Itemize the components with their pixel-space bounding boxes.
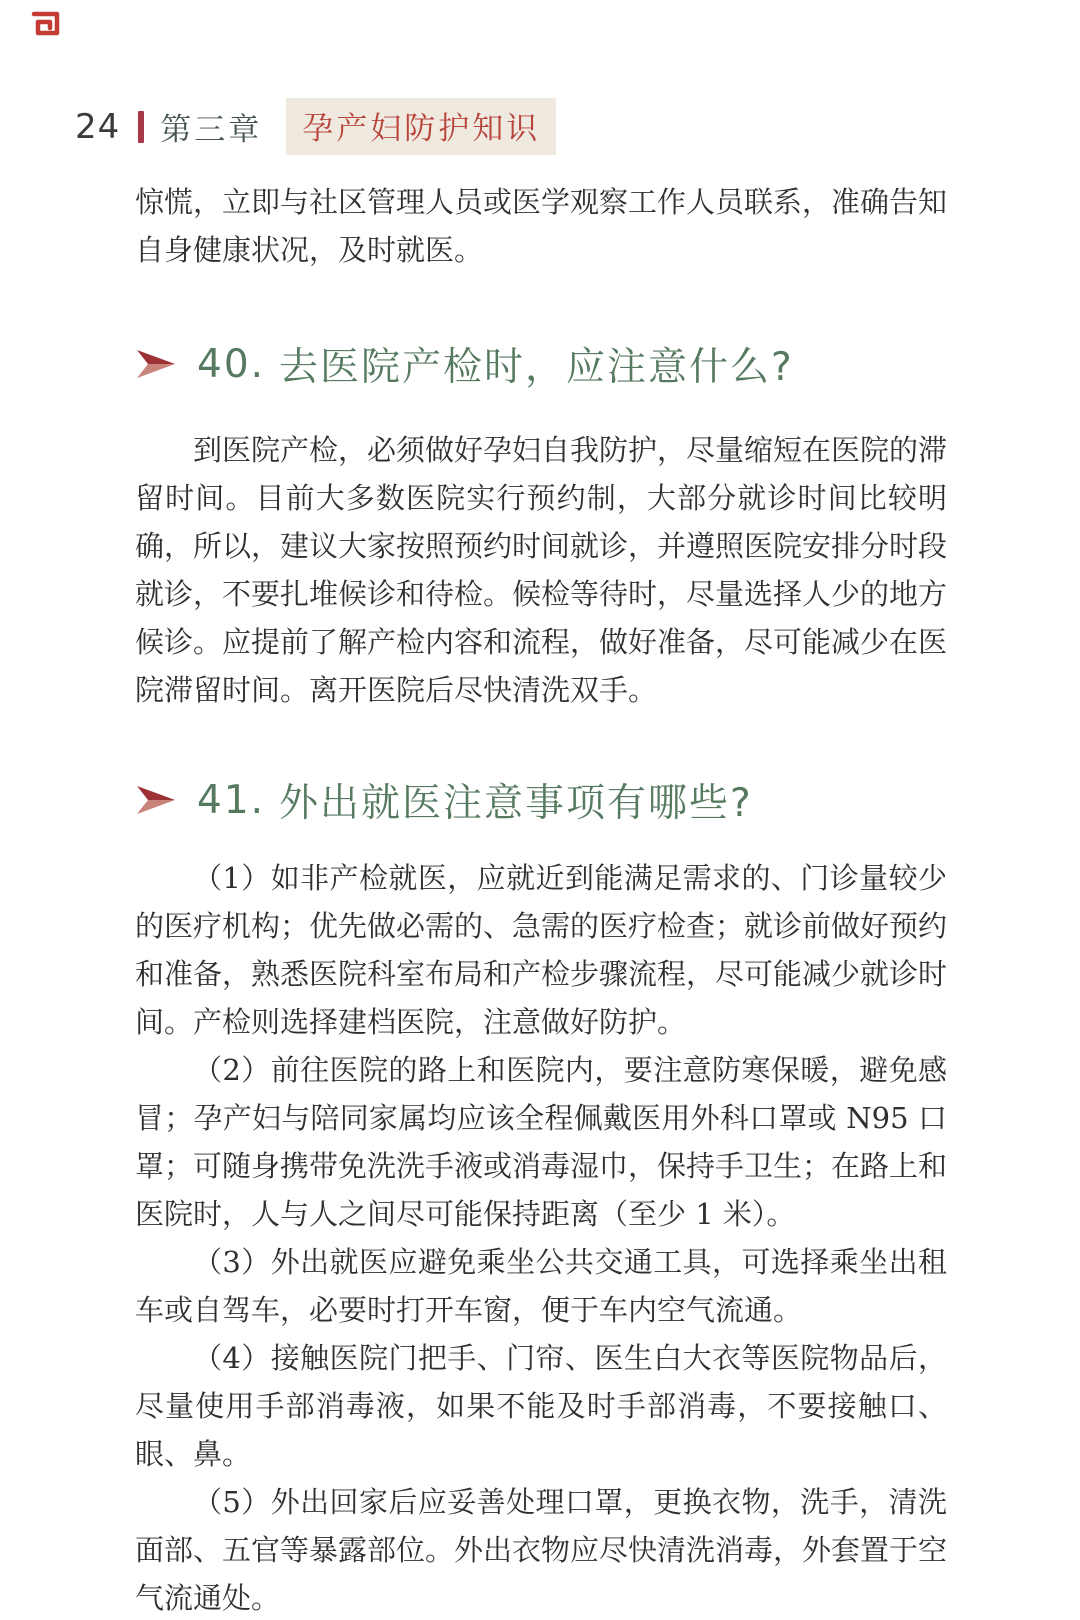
arrow-bullet-icon — [135, 348, 177, 380]
page-number: 24 — [75, 107, 120, 147]
corner-seal-icon — [28, 6, 64, 42]
section-41-item-3: （3）外出就医应避免乘坐公共交通工具，可选择乘坐出租车或自驾车，必要时打开车窗，… — [135, 1238, 947, 1334]
question-number: 41. — [197, 778, 265, 823]
question-title: 外出就医注意事项有哪些? — [279, 772, 753, 828]
book-page: 24 第三章 孕产妇防护知识 惊慌，立即与社区管理人员或医学观察工作人员联系，准… — [0, 0, 1080, 1620]
arrow-bullet-icon — [135, 784, 177, 816]
intro-paragraph: 惊慌，立即与社区管理人员或医学观察工作人员联系，准确告知自身健康状况，及时就医。 — [135, 178, 947, 274]
section-41-item-4: （4）接触医院门把手、门帘、医生白大衣等医院物品后，尽量使用手部消毒液，如果不能… — [135, 1334, 947, 1478]
section-40: 40. 去医院产检时，应注意什么? 到医院产检，必须做好孕妇自我防护，尽量缩短在… — [135, 336, 947, 714]
section-41-item-1: （1）如非产检就医，应就近到能满足需求的、门诊量较少的医疗机构；优先做必需的、急… — [135, 854, 947, 1046]
text-column: 惊慌，立即与社区管理人员或医学观察工作人员联系，准确告知自身健康状况，及时就医。… — [135, 178, 947, 1620]
chapter-label: 第三章 — [160, 104, 262, 149]
question-number: 40. — [197, 342, 265, 387]
section-40-paragraph: 到医院产检，必须做好孕妇自我防护，尽量缩短在医院的滞留时间。目前大多数医院实行预… — [135, 426, 947, 714]
section-41-item-5: （5）外出回家后应妥善处理口罩，更换衣物，洗手，清洗面部、五官等暴露部位。外出衣… — [135, 1478, 947, 1620]
section-41-heading: 41. 外出就医注意事项有哪些? — [135, 772, 947, 828]
header-divider — [138, 111, 144, 143]
section-41: 41. 外出就医注意事项有哪些? （1）如非产检就医，应就近到能满足需求的、门诊… — [135, 772, 947, 1620]
section-40-heading: 40. 去医院产检时，应注意什么? — [135, 336, 947, 392]
chapter-title-highlight: 孕产妇防护知识 — [286, 98, 556, 155]
running-head: 24 第三章 孕产妇防护知识 — [75, 98, 1020, 155]
question-title: 去医院产检时，应注意什么? — [279, 336, 794, 392]
section-41-item-2: （2）前往医院的路上和医院内，要注意防寒保暖，避免感冒；孕产妇与陪同家属均应该全… — [135, 1046, 947, 1238]
